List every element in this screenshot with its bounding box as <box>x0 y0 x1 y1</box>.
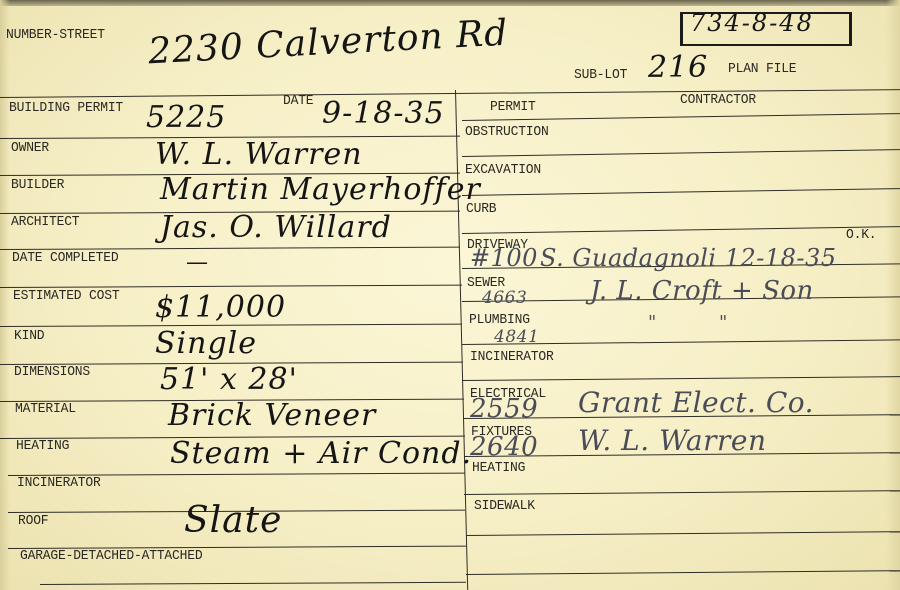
rule-header <box>0 89 900 98</box>
architect-value: Jas. O. Willard <box>160 210 392 245</box>
garage-label: GARAGE-DETACHED-ATTACHED <box>20 548 202 564</box>
ok-header: O.K. <box>846 227 876 243</box>
rule-right-10 <box>464 490 900 495</box>
rule-right-3 <box>462 226 900 234</box>
sidewalk-label: SIDEWALK <box>474 498 535 514</box>
material-value: Brick Veneer <box>168 398 376 433</box>
fixtures-contractor: W. L. Warren <box>578 424 767 457</box>
roof-label: ROOF <box>18 513 48 529</box>
rule-left-13 <box>40 582 466 585</box>
rule-right-7 <box>462 376 900 381</box>
permit-column-header: PERMIT <box>490 99 536 115</box>
material-label: MATERIAL <box>15 401 76 417</box>
heating-value: Steam + Air Cond. <box>170 436 472 471</box>
incinerator-left-label: INCINERATOR <box>17 475 101 491</box>
plumbing-label: PLUMBING <box>469 312 530 328</box>
date-completed-label: DATE COMPLETED <box>12 250 118 266</box>
permit-date-value: 9-18-35 <box>322 96 445 131</box>
estimated-cost-label: ESTIMATED COST <box>13 288 119 304</box>
fixtures-permit-number: 2640 <box>470 432 538 462</box>
rule-right-2 <box>462 188 900 196</box>
owner-label: OWNER <box>11 140 49 156</box>
driveway-permit-number: #100 <box>470 244 538 272</box>
roof-value: Slate <box>184 500 282 541</box>
curb-label: CURB <box>466 201 496 217</box>
rule-right-11 <box>466 531 900 536</box>
rule-right-12 <box>466 570 900 575</box>
card-left-edge <box>0 0 10 590</box>
permit-index-card: 734-8-48 NUMBER-STREET 2230 Calverton Rd… <box>0 0 900 590</box>
owner-value: W. L. Warren <box>155 137 363 172</box>
electrical-contractor: Grant Elect. Co. <box>578 386 814 419</box>
rule-right-1 <box>462 149 900 157</box>
card-top-edge <box>0 0 900 6</box>
kind-label: KIND <box>14 328 44 344</box>
number-street-value: 2230 Calverton Rd <box>147 13 509 73</box>
permit-date-label: DATE <box>283 93 313 109</box>
driveway-contractor: S. Guadagnoli 12-18-35 <box>540 244 837 272</box>
heating-label: HEATING <box>16 438 69 454</box>
heating-right-label: HEATING <box>472 460 525 476</box>
date-completed-value: — <box>186 250 209 275</box>
sub-lot-value: 216 <box>648 50 708 85</box>
incinerator-right-label: INCINERATOR <box>470 349 554 365</box>
dimensions-value: 51' x 28' <box>160 362 298 397</box>
plumbing-permit-number: 4841 <box>494 327 539 347</box>
sewer-permit-number: 4663 <box>482 288 527 308</box>
file-number: 734-8-48 <box>690 9 814 37</box>
plumbing-contractor: " " <box>648 312 728 333</box>
estimated-cost-value: $11,000 <box>155 290 286 325</box>
architect-label: ARCHITECT <box>11 214 79 230</box>
obstruction-label: OBSTRUCTION <box>465 124 549 140</box>
sub-lot-label: SUB-LOT <box>574 67 627 83</box>
number-street-label: NUMBER-STREET <box>6 27 105 43</box>
builder-value: Martin Mayerhoffer <box>160 172 481 207</box>
builder-label: BUILDER <box>11 177 64 193</box>
plan-file-label: PLAN FILE <box>728 61 796 77</box>
dimensions-label: DIMENSIONS <box>14 364 90 380</box>
sewer-contractor: J. L. Croft + Son <box>590 276 814 306</box>
electrical-permit-number: 2559 <box>470 394 538 424</box>
building-permit-label: BUILDING PERMIT <box>9 100 123 116</box>
excavation-label: EXCAVATION <box>465 162 541 178</box>
kind-value: Single <box>155 326 257 361</box>
building-permit-value: 5225 <box>146 100 226 135</box>
contractor-column-header: CONTRACTOR <box>680 92 756 108</box>
